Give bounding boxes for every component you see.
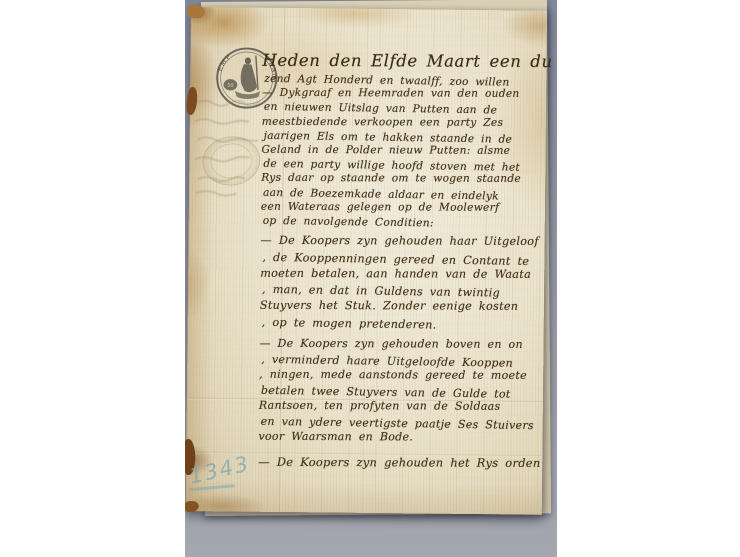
manuscript-paragraph: Heden den Elfde Maart een duzend Agt Hon… — [261, 50, 551, 231]
manuscript-line: voor Waarsman en Bode. — [258, 429, 546, 446]
manuscript-paragraph: — De Koopers zyn gehouden haar Uitgeloof… — [260, 233, 549, 334]
ink-showthrough — [192, 93, 265, 202]
manuscript-paragraph: — De Koopers zyn gehouden boven en on, v… — [258, 336, 547, 448]
document-photo: EMP FRANC 50 — [185, 0, 557, 557]
manuscript-line: — De Koopers zyn gehouden boven en on — [259, 336, 547, 353]
manuscript-line: , ningen, mede aanstonds gereed te moete — [259, 367, 547, 384]
manuscript: Heden den Elfde Maart een duzend Agt Hon… — [258, 50, 550, 478]
torn-edge-fragment — [188, 5, 205, 18]
manuscript-line: , op te mogen pretenderen. — [262, 314, 550, 335]
manuscript-line: moeten betalen, aan handen van de Waata — [260, 266, 548, 284]
manuscript-line: — De Koopers zyn gehouden het Rys orden — [258, 453, 546, 470]
photo-canvas: EMP FRANC 50 — [0, 0, 740, 557]
manuscript-paper: EMP FRANC 50 — [186, 7, 547, 515]
stamp-seated-figure — [241, 64, 258, 92]
svg-text:EMP: EMP — [217, 53, 233, 73]
manuscript-line: Heden den Elfde Maart een du — [262, 50, 550, 73]
manuscript-paragraph: — De Koopers zyn gehouden het Rys orden — [258, 453, 546, 472]
manuscript-line: Rantsoen, ten profyten van de Soldaas — [259, 398, 547, 415]
stamp-figure-head — [245, 57, 251, 64]
manuscript-line: een Wateraas gelegen op de Moolewerf — [261, 200, 549, 215]
manuscript-line: — Dykgraaf en Heemraden van den ouden — [262, 86, 550, 101]
stamp-arc-left-text: EMP — [217, 53, 233, 73]
torn-edge-fragment — [185, 501, 199, 512]
manuscript-line: meestbiedende verkoopen een party Zes — [262, 114, 550, 129]
manuscript-line: Rys daar op staande om te wogen staande — [261, 171, 549, 186]
stamp-medallion-value: 50 — [227, 83, 233, 89]
manuscript-line: op de navolgende Conditien: — [263, 214, 551, 233]
manuscript-line: Stuyvers het Stuk. Zonder eenige kosten — [260, 298, 548, 316]
manuscript-line: Geland in de Polder nieuw Putten: alsme — [261, 143, 549, 158]
manuscript-line: — De Koopers zyn gehouden haar Uitgeloof — [261, 233, 549, 251]
